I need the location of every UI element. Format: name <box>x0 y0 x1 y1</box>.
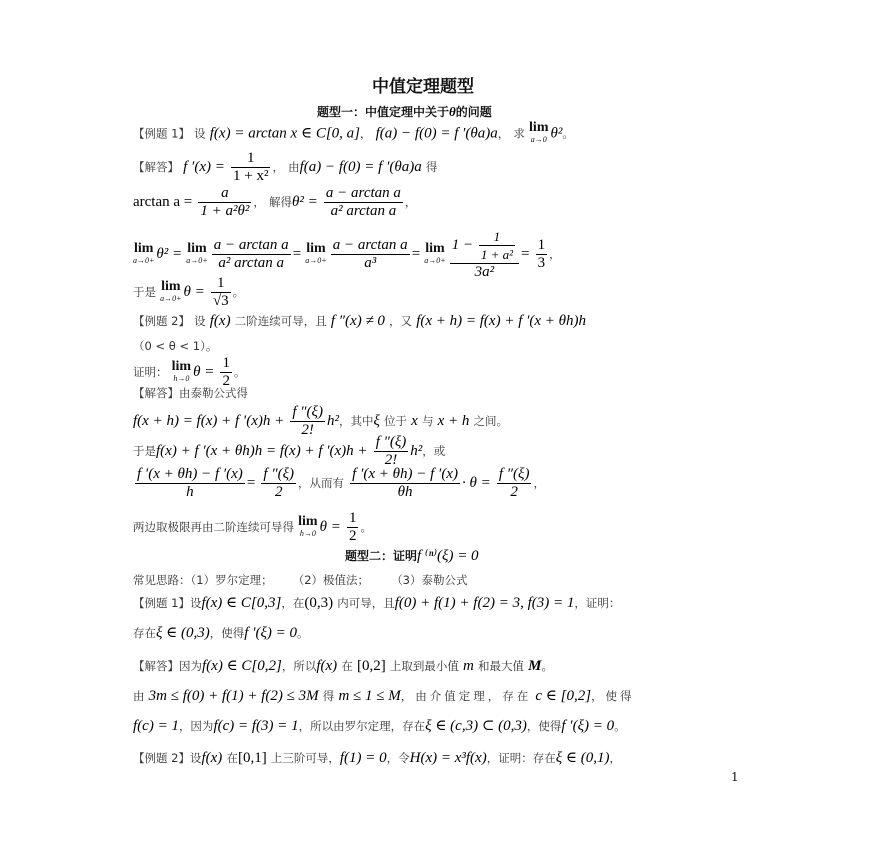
answer-label: 【解答】 <box>133 659 179 673</box>
section1-heading: 题型一：中值定理中关于θ的问题 <box>317 104 492 120</box>
fraction: f ′(x + θh) − f ′(x)θh <box>350 466 460 501</box>
section1-heading-theta: θ <box>449 104 456 119</box>
text: 得 <box>426 160 438 174</box>
math-expr: f(x + h) = f(x) + f ′(x + θh)h <box>416 313 586 329</box>
limit: lima→0+ <box>424 243 445 267</box>
section1-heading-suffix: 的问题 <box>456 105 492 119</box>
section1-heading-prefix: 题型一：中值定理中关于 <box>317 105 449 119</box>
document-page: 中值定理题型 题型一：中值定理中关于θ的问题 【例题 1】 设 f(x) = a… <box>0 0 870 842</box>
text: 由 <box>288 160 300 174</box>
math-expr: f(a) − f(0) = f ′(θa)a <box>376 126 498 142</box>
fraction: 12 <box>347 510 359 545</box>
fraction: 1√3 <box>211 275 231 310</box>
text: ， <box>360 127 372 141</box>
text: 证明： <box>133 365 168 379</box>
text: 二阶连续可导，且 <box>235 314 327 328</box>
fraction: a − arctan aa³ <box>331 237 410 272</box>
math-expr: f(x) <box>210 313 231 329</box>
math-expr: arctan a = <box>133 194 192 210</box>
fraction: 13 <box>536 237 548 272</box>
math-expr: f ″(x) ≠ 0 <box>331 313 385 329</box>
text: 设 <box>194 314 206 328</box>
math-expr: θ = <box>184 284 205 300</box>
s1-example1: 【例题 1】 设 f(x) = arctan x ∈ C[0, a]， f(a)… <box>133 122 574 146</box>
fraction: f ″(ξ)2! <box>374 434 409 469</box>
s1-answer2-eq2: 于是f(x) + f ′(x + θh)h = f(x) + f ′(x)h +… <box>133 434 445 469</box>
example-label: 【例题 2】 <box>133 751 190 765</box>
math-expr: f ⁽ⁿ⁾(ξ) = 0 <box>417 548 479 564</box>
fraction: a − arctan aa² arctan a <box>324 185 403 220</box>
answer-label: 【解答】 <box>133 160 179 174</box>
fraction: f ′(x + θh) − f ′(x)h <box>135 466 245 501</box>
s2-example2: 【例题 2】设f(x) 在[0,1] 上三阶可导，f(1) = 0，令H(x) … <box>133 750 621 767</box>
limit: lima→0+ <box>160 281 181 305</box>
limit: lima→0 <box>529 122 548 146</box>
math-expr: f(x) + f ′(x + θh)h = f(x) + f ′(x)h + <box>156 443 368 459</box>
example-label: 【例题 1】 <box>133 127 190 141</box>
s1-example2: 【例题 2】 设 f(x) 二阶连续可导，且 f ″(x) ≠ 0 ，又 f(x… <box>133 313 586 330</box>
page-number: 1 <box>731 770 739 784</box>
s1-answer1-line1: 【解答】 f ′(x) = 11 + x²， 由f(a) − f(0) = f … <box>133 150 437 185</box>
text: 求 <box>513 127 525 141</box>
fraction: a1 + a²θ² <box>198 185 251 220</box>
idea-item: （3）泰勒公式 <box>391 573 467 587</box>
limit: lima→0+ <box>133 243 154 267</box>
idea-item: （2）极值法； <box>293 573 369 587</box>
fraction: f ″(ξ)2 <box>261 466 296 501</box>
s2-answer1-line1: 【解答】因为f(x) ∈ C[0,2]，所以f(x) 在 [0,2] 上取到最小… <box>133 658 553 675</box>
s1-example2-condition: （0 < θ < 1）。 <box>133 338 217 354</box>
s2-ideas: 常见思路：（1）罗尔定理； （2）极值法； （3）泰勒公式 <box>133 572 468 589</box>
s1-answer2-eq3: f ′(x + θh) − f ′(x)h= f ″(ξ)2，从而有 f ′(x… <box>133 466 545 501</box>
math-expr: θ² <box>551 126 563 142</box>
section2-heading: 题型二：证明f ⁽ⁿ⁾(ξ) = 0 <box>345 548 479 564</box>
example-label: 【例题 1】 <box>133 596 190 610</box>
section2-heading-prefix: 题型二：证明 <box>345 549 417 563</box>
s2-example1: 【例题 1】设f(x) ∈ C[0,3]，在(0,3) 内可导，且f(0) + … <box>133 595 620 612</box>
math-expr: f(x) = arctan x ∈ C[0, a] <box>210 126 360 142</box>
fraction: f ″(ξ)2 <box>497 466 532 501</box>
limit: lima→0+ <box>186 243 207 267</box>
math-expr: f(a) − f(0) = f ′(θa)a <box>300 159 422 175</box>
math-expr: θ² = <box>156 246 182 262</box>
s2-example1-line2: 存在ξ ∈ (0,3)，使得f ′(ξ) = 0。 <box>133 625 309 642</box>
text: 设 <box>194 127 206 141</box>
s1-answer1-line3: lima→0+θ² = lima→0+a − arctan aa² arctan… <box>133 228 561 281</box>
nested-fraction: 1 − 11 + a²3a² <box>450 228 519 281</box>
limit: limh→0 <box>172 361 191 385</box>
s1-answer2-eq4: 两边取极限再由二阶连续可导得 limh→0θ = 12。 <box>133 510 372 545</box>
text: 。 <box>562 127 574 141</box>
example-label: 【例题 2】 <box>133 314 190 328</box>
fraction: 11 + x² <box>231 150 270 185</box>
text: 于是 <box>133 285 156 299</box>
text: ，又 <box>389 314 412 328</box>
fraction: a − arctan aa² arctan a <box>212 237 291 272</box>
math-expr: θ = <box>193 364 214 380</box>
limit: lima→0+ <box>305 243 326 267</box>
math-expr: f ′(x) = <box>183 159 225 175</box>
limit: limh→0 <box>298 516 317 540</box>
math-expr: θ² = <box>292 194 318 210</box>
document-title: 中值定理题型 <box>372 79 474 95</box>
s1-answer1-line4: 于是 lima→0+θ = 1√3。 <box>133 275 244 310</box>
math-expr: f(x + h) = f(x) + f ′(x)h + <box>133 413 284 429</box>
text: 由泰勒公式得 <box>179 386 248 400</box>
text: 解得 <box>269 195 292 209</box>
s2-answer1-line3: f(c) = 1，因为f(c) = f(3) = 1，所以由罗尔定理，存在ξ ∈… <box>133 718 626 735</box>
idea-item: 常见思路：（1）罗尔定理； <box>133 573 273 587</box>
s1-answer2-intro: 【解答】由泰勒公式得 <box>133 385 248 402</box>
s1-answer1-line2: arctan a = a1 + a²θ²， 解得θ² = a − arctan … <box>133 185 416 220</box>
answer-label: 【解答】 <box>133 386 179 400</box>
s2-answer1-line2: 由 3m ≤ f(0) + f(1) + f(2) ≤ 3M 得 m ≤ 1 ≤… <box>133 688 635 705</box>
